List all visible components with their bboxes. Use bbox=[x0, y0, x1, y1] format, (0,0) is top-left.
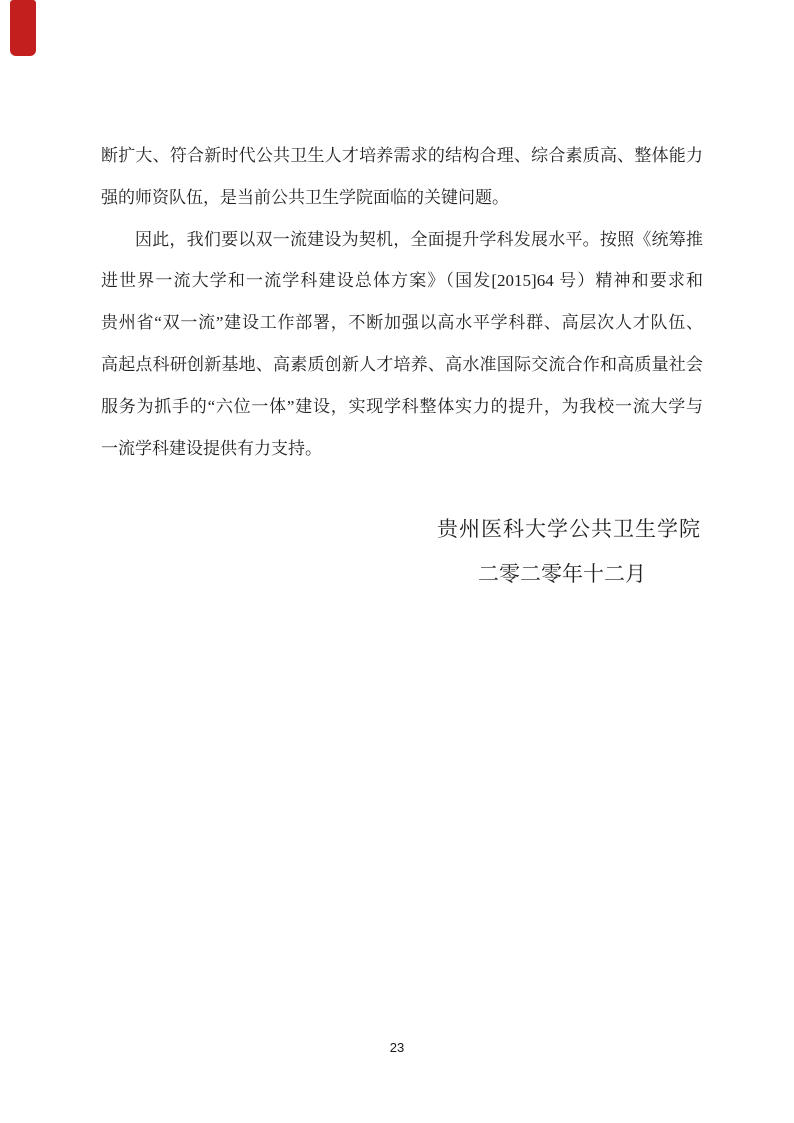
document-page: 断扩大、符合新时代公共卫生人才培养需求的结构合理、综合素质高、整体能力 强的师资… bbox=[0, 0, 794, 1123]
body-line: 断扩大、符合新时代公共卫生人才培养需求的结构合理、综合素质高、整体能力 bbox=[101, 135, 703, 177]
red-bookmark-marker bbox=[10, 0, 36, 56]
body-line: 高起点科研创新基地、高素质创新人才培养、高水准国际交流合作和高质量社会 bbox=[101, 344, 703, 386]
body-line: 一流学科建设提供有力支持。 bbox=[101, 428, 703, 470]
document-body: 断扩大、符合新时代公共卫生人才培养需求的结构合理、综合素质高、整体能力 强的师资… bbox=[101, 135, 703, 469]
page-number: 23 bbox=[0, 1040, 794, 1055]
body-line: 因此，我们要以双一流建设为契机，全面提升学科发展水平。按照《统筹推 bbox=[101, 219, 703, 261]
body-line: 进世界一流大学和一流学科建设总体方案》（国发[2015]64 号）精神和要求和 bbox=[101, 260, 703, 302]
body-line: 贵州省“双一流”建设工作部署，不断加强以高水平学科群、高层次人才队伍、 bbox=[101, 302, 703, 344]
date-line: 二零二零年十二月 bbox=[478, 559, 646, 589]
body-line: 强的师资队伍，是当前公共卫生学院面临的关键问题。 bbox=[101, 177, 703, 219]
body-line: 服务为抓手的“六位一体”建设，实现学科整体实力的提升，为我校一流大学与 bbox=[101, 386, 703, 428]
signature-line: 贵州医科大学公共卫生学院 bbox=[437, 514, 701, 544]
